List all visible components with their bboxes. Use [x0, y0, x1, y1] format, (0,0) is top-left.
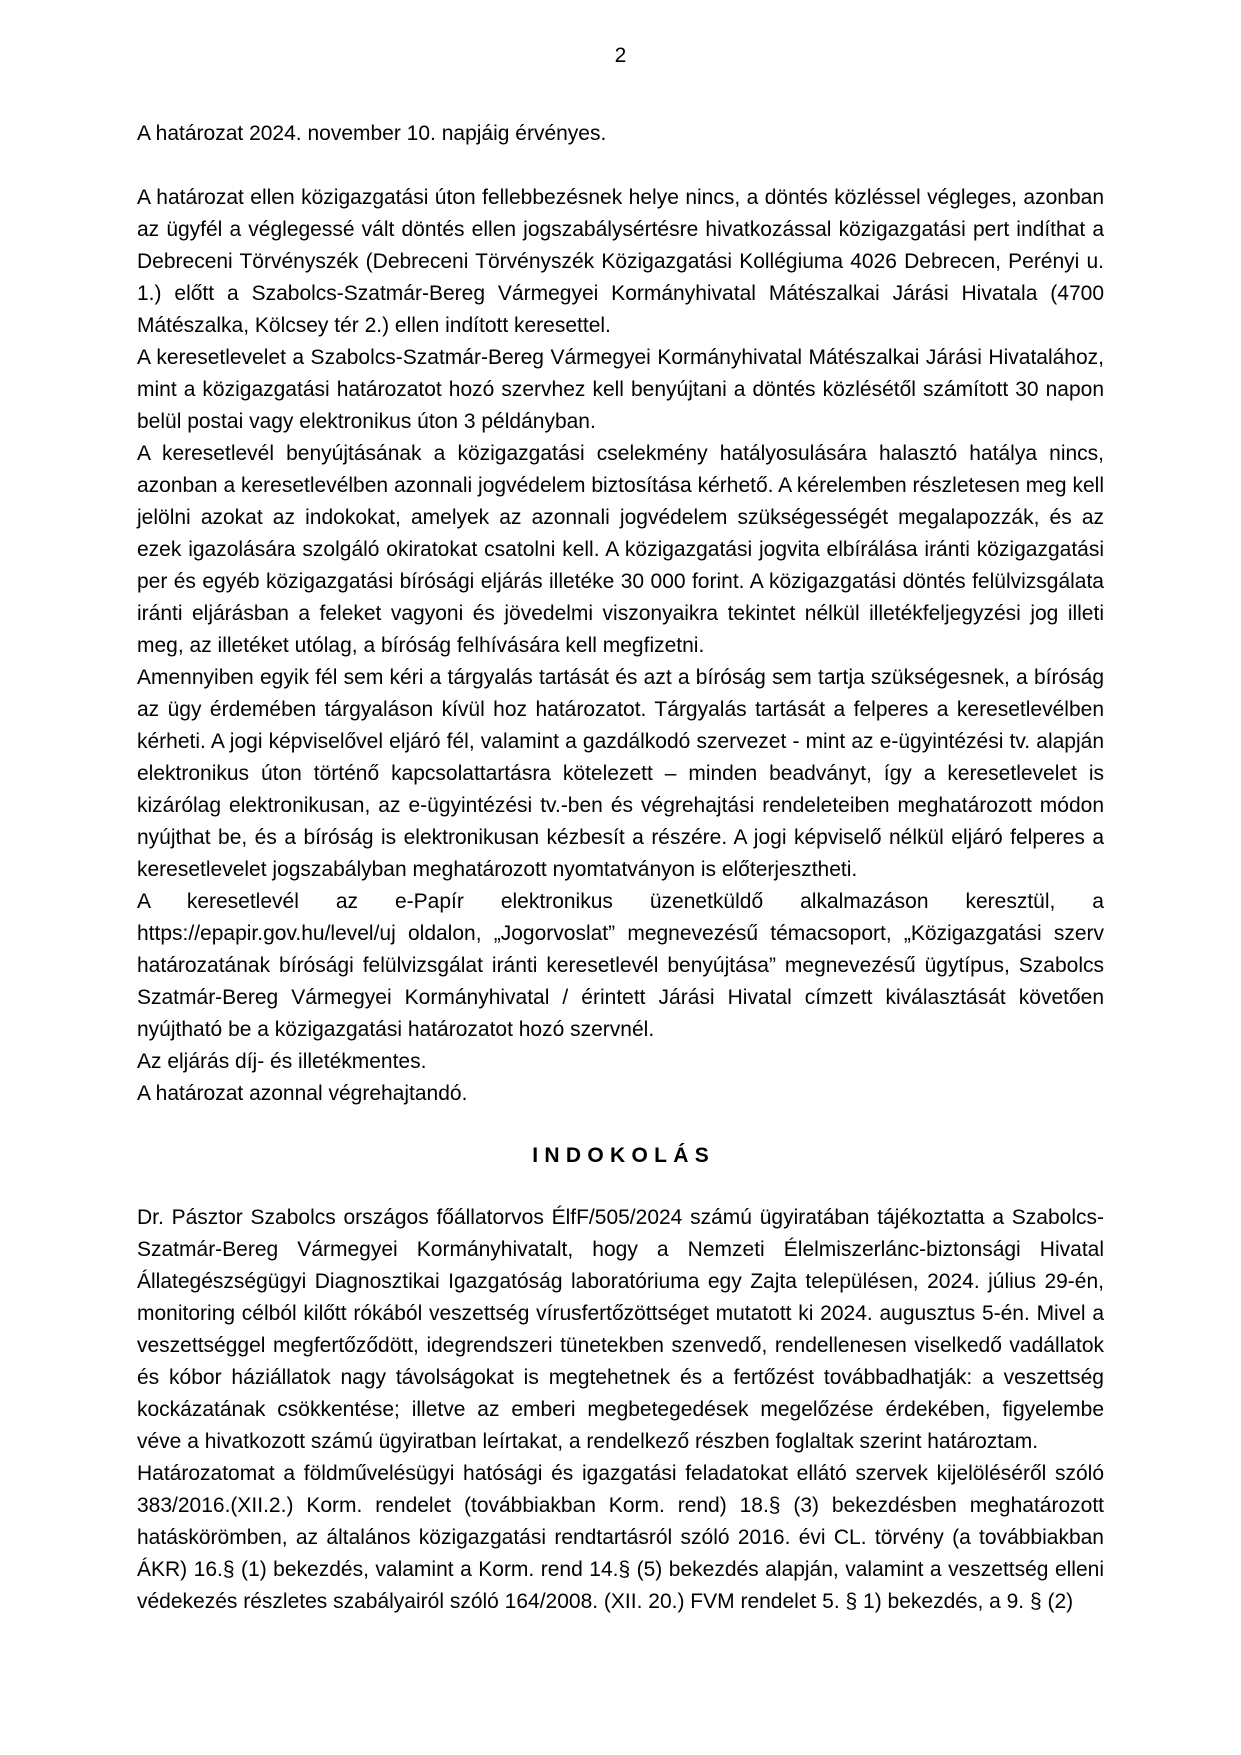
- fee-exemption-line: Az eljárás díj- és illetékmentes.: [137, 1046, 1104, 1078]
- legal-remedy-paragraph: A keresetlevél az e-Papír elektronikus ü…: [137, 886, 1104, 1046]
- document-body: A határozat 2024. november 10. napjáig é…: [137, 118, 1104, 1618]
- justification-paragraph: Határozatomat a földművelésügyi hatósági…: [137, 1458, 1104, 1618]
- legal-remedy-paragraph: A keresetlevelet a Szabolcs-Szatmár-Bere…: [137, 342, 1104, 438]
- immediate-enforcement-line: A határozat azonnal végrehajtandó.: [137, 1078, 1104, 1110]
- validity-paragraph: A határozat 2024. november 10. napjáig é…: [137, 118, 1104, 150]
- document-page: 2 A határozat 2024. november 10. napjáig…: [0, 0, 1241, 1755]
- legal-remedy-paragraph: A határozat ellen közigazgatási úton fel…: [137, 182, 1104, 342]
- section-heading-indokolas: INDOKOLÁS: [137, 1140, 1104, 1172]
- legal-remedy-paragraph: A keresetlevél benyújtásának a közigazga…: [137, 438, 1104, 662]
- justification-paragraph: Dr. Pásztor Szabolcs országos főállatorv…: [137, 1202, 1104, 1458]
- legal-remedy-paragraph: Amennyiben egyik fél sem kéri a tárgyalá…: [137, 662, 1104, 886]
- page-number: 2: [137, 40, 1104, 72]
